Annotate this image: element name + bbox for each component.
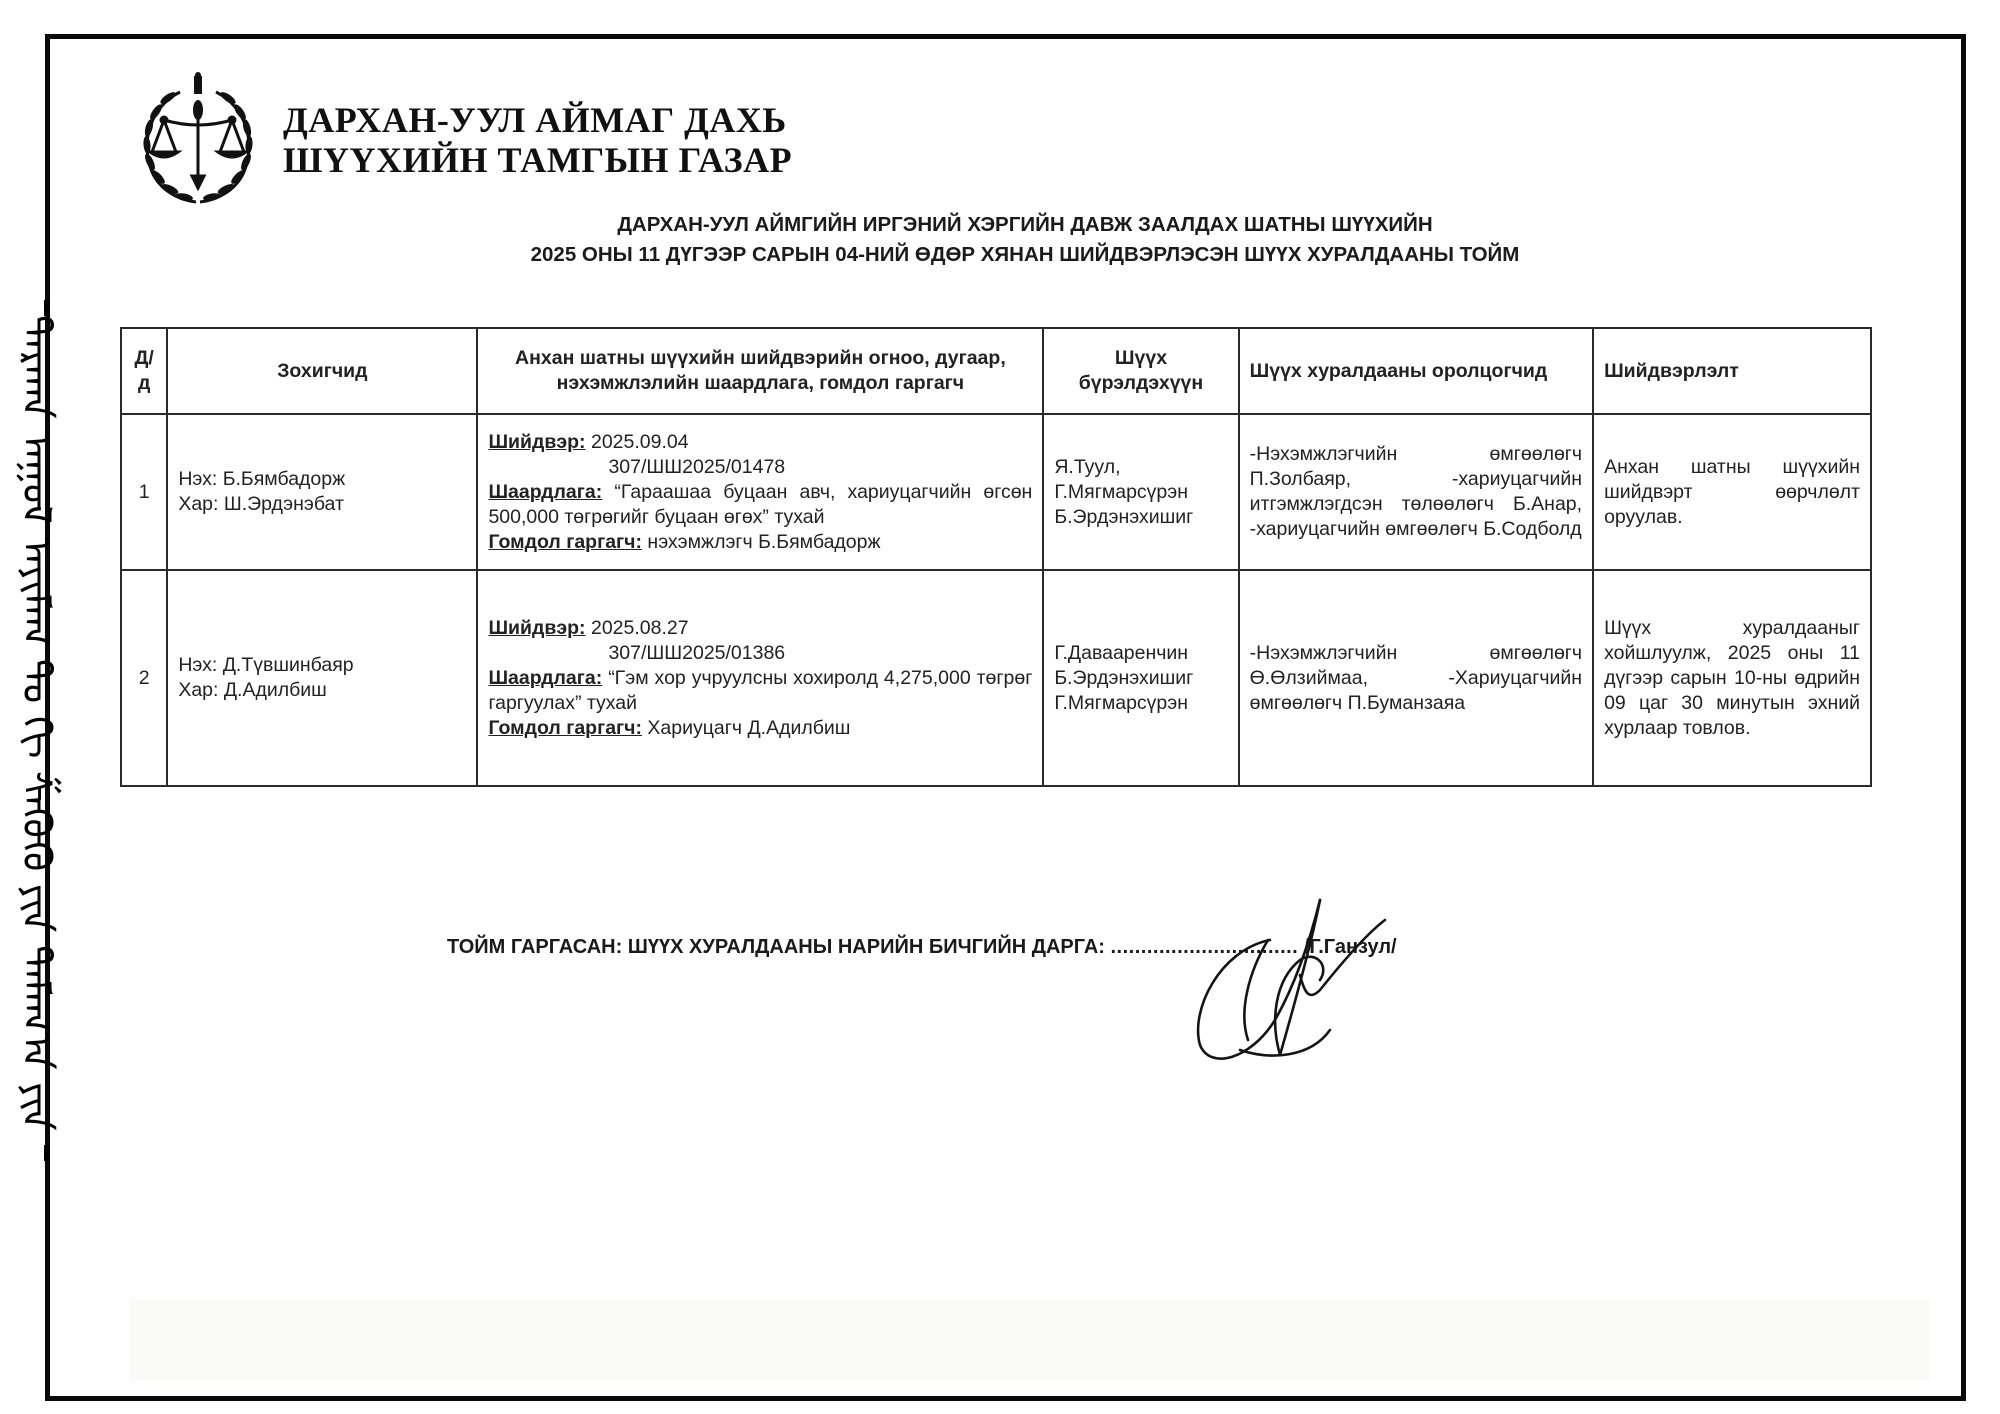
table-row: 2 Нэх: Д.Түвшинбаяр Хар: Д.Адилбиш Шийдв… [121,570,1871,786]
prepared-by-label: ТОЙМ ГАРГАСАН: ШҮҮХ ХУРАЛДААНЫ НАРИЙН БИ… [447,936,1105,958]
judge: Г.Мягмарсүрэн [1054,480,1227,505]
judge: Г.Мягмарсүрэн [1054,691,1227,716]
title-line-1: ДАРХАН-УУЛ АЙМГИЙН ИРГЭНИЙ ХЭРГИЙН ДАВЖ … [400,210,1650,240]
judge: Г.Давааренчин [1054,641,1227,666]
header-parties: Зохигчид [167,328,477,414]
cell-participants: -Нэхэмжлэгчийн өмгөөлөгч П.Золбаяр, -хар… [1239,414,1593,570]
plaintiff: Нэх: Д.Түвшинбаяр [178,653,466,678]
header-decision: Анхан шатны шүүхийн шийдвэрийн огноо, ду… [477,328,1043,414]
hearing-summary-table: Д/д Зохигчид Анхан шатны шүүхийн шийдвэр… [120,327,1872,787]
cell-result: Анхан шатны шүүхийн шийдвэрт өөрчлөлт ор… [1593,414,1871,570]
defendant: Хар: Д.Адилбиш [178,678,466,703]
header-panel: Шүүх бүрэлдэхүүн [1043,328,1238,414]
cell-panel: Г.Давааренчин Б.Эрдэнэхишиг Г.Мягмарсүрэ… [1043,570,1238,786]
decision-label: Шийдвэр: [488,617,585,639]
cell-no: 1 [121,414,167,570]
claim-label: Шаардлага: [488,481,602,503]
decision-date: 2025.08.27 [591,617,689,639]
decision-date: 2025.09.04 [591,431,689,453]
org-line-2: ШҮҮХИЙН ТАМГЫН ГАЗАР [283,140,792,180]
mongolian-script-strip: ᠳᠠᠷᠬᠠᠨ ᠠᠭᠤᠯ ᠠᠶᠢᠮᠠᠭ ᠲᠤ ᠬᠢ ᠱᠡᠭᠦᠬᠦ ᠶᠢᠨ ᠲᠠᠮᠠ… [6,315,66,1145]
decision-number: 307/ШШ2025/01478 [488,455,1032,480]
handwritten-signature-icon [1180,880,1420,1070]
judge: Б.Эрдэнэхишиг [1054,666,1227,691]
strip-divider-top [44,300,50,316]
appellant-label: Гомдол гаргагч: [488,717,642,739]
claim-label: Шаардлага: [488,667,602,689]
court-emblem-scales-icon [138,72,258,207]
org-line-1: ДАРХАН-УУЛ АЙМАГ ДАХЬ [283,100,792,140]
cell-panel: Я.Туул, Г.Мягмарсүрэн Б.Эрдэнэхишиг [1043,414,1238,570]
header-result: Шийдвэрлэлт [1593,328,1871,414]
strip-divider-bottom [44,1145,50,1161]
judge: Б.Эрдэнэхишиг [1054,505,1227,530]
cell-result: Шүүх хуралдааныг хойшлуулж, 2025 оны 11 … [1593,570,1871,786]
header-no: Д/д [121,328,167,414]
judge: Я.Туул, [1054,455,1227,480]
table-header-row: Д/д Зохигчид Анхан шатны шүүхийн шийдвэр… [121,328,1871,414]
title-line-2: 2025 ОНЫ 11 ДҮГЭЭР САРЫН 04-НИЙ ӨДӨР ХЯН… [400,240,1650,270]
appellant: Хариуцагч Д.Адилбиш [647,717,850,739]
header-participants: Шүүх хуралдааны оролцогчид [1239,328,1593,414]
cell-decision: Шийдвэр: 2025.08.27 307/ШШ2025/01386 Шаа… [477,570,1043,786]
organization-name: ДАРХАН-УУЛ АЙМАГ ДАХЬ ШҮҮХИЙН ТАМГЫН ГАЗ… [283,100,792,180]
decision-number: 307/ШШ2025/01386 [488,641,1032,666]
cell-decision: Шийдвэр: 2025.09.04 307/ШШ2025/01478 Шаа… [477,414,1043,570]
cell-participants: -Нэхэмжлэгчийн өмгөөлөгч Ө.Өлзиймаа, -Ха… [1239,570,1593,786]
cell-no: 2 [121,570,167,786]
decision-label: Шийдвэр: [488,431,585,453]
plaintiff: Нэх: Б.Бямбадорж [178,467,466,492]
appellant-label: Гомдол гаргагч: [488,531,642,553]
cell-parties: Нэх: Д.Түвшинбаяр Хар: Д.Адилбиш [167,570,477,786]
cell-parties: Нэх: Б.Бямбадорж Хар: Ш.Эрдэнэбат [167,414,477,570]
document-title: ДАРХАН-УУЛ АЙМГИЙН ИРГЭНИЙ ХЭРГИЙН ДАВЖ … [400,210,1650,270]
appellant: нэхэмжлэгч Б.Бямбадорж [647,531,880,553]
defendant: Хар: Ш.Эрдэнэбат [178,492,466,517]
table-row: 1 Нэх: Б.Бямбадорж Хар: Ш.Эрдэнэбат Шийд… [121,414,1871,570]
